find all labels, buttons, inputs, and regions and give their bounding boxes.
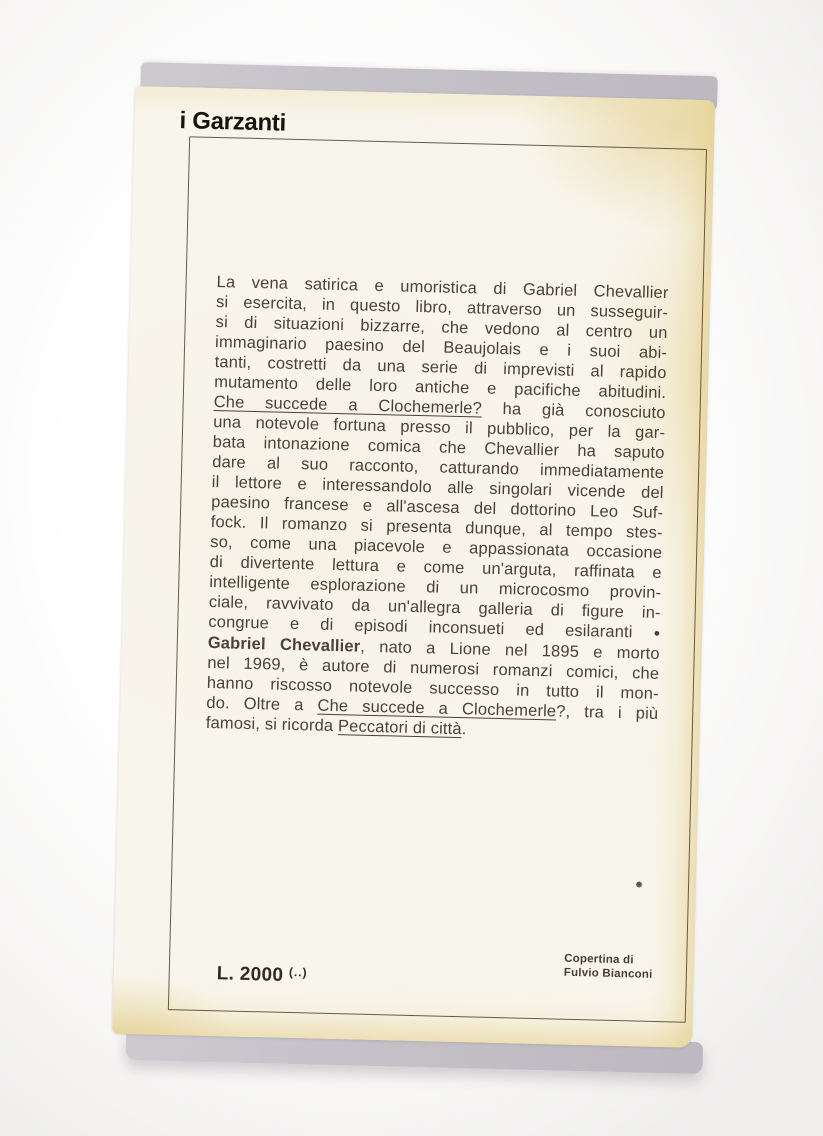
credit-line-2: Fulvio Bianconi (564, 966, 653, 982)
bullet-icon: ● (653, 627, 660, 639)
publisher-logo: i Garzanti (179, 107, 286, 138)
photo-background: i Garzanti La vena satirica e umoristica… (0, 0, 823, 1136)
blurb-text: La vena satirica e umoristica di Gabriel… (206, 272, 669, 743)
price-amount: L. 2000 (216, 963, 283, 986)
credit-line-1: Copertina di (564, 953, 653, 969)
book: i Garzanti La vena satirica e umoristica… (111, 62, 718, 1088)
ink-speck (636, 881, 642, 887)
back-cover: i Garzanti La vena satirica e umoristica… (112, 86, 715, 1048)
price-note: (..) (289, 965, 308, 979)
cover-designer-credit: Copertina di Fulvio Bianconi (564, 953, 653, 982)
price: L. 2000 (..) (216, 963, 307, 987)
